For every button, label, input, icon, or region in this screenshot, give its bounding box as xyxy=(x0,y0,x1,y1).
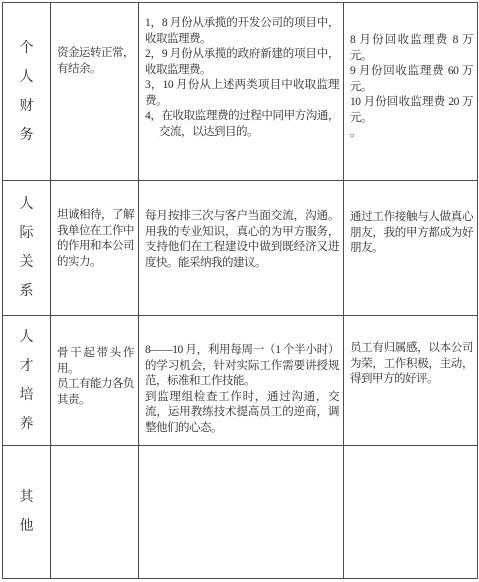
paragraph: 资金运转正常，有结余。 xyxy=(57,46,134,77)
paragraph: 坦诚相待，了解我单位在工作中的作用和本公司的实力。 xyxy=(57,208,134,270)
cell-other-goal xyxy=(344,446,478,579)
row-header-personal-finance: 个人财务 xyxy=(3,3,51,181)
cell-interpersonal-situation: 坦诚相待，了解我单位在工作中的作用和本公司的实力。 xyxy=(51,181,139,316)
paragraph: 3，10 月份从上述两类项目中收取监理费。 xyxy=(145,78,339,109)
header-char: 养 xyxy=(3,410,50,439)
paragraph: 骨干起带头作用。 xyxy=(57,346,134,377)
cell-other-situation xyxy=(51,446,139,579)
paragraph: 。 xyxy=(350,126,473,142)
header-char: 人 xyxy=(3,190,50,219)
table-row: 个人财务 资金运转正常，有结余。 1，8 月份从承揽的开发公司的项目中，收取监理… xyxy=(3,3,478,181)
cell-interpersonal-goal: 通过工作接触与人做真心朋友，我的甲方都成为好朋友。 xyxy=(344,181,478,316)
row-header-interpersonal-relations: 人际关系 xyxy=(3,181,51,316)
cell-personal-finance-goal: 8 月份回收监理费 8 万元。9 月份回收监理费 60 万元。10 月份回收监理… xyxy=(344,3,478,181)
cell-interpersonal-plan: 每月按排三次与客户当面交流，沟通。用我的专业知识，真心的为甲方服务，支持他们在工… xyxy=(139,181,344,316)
personal-review-table: 个人财务 资金运转正常，有结余。 1，8 月份从承揽的开发公司的项目中，收取监理… xyxy=(2,2,478,579)
paragraph: 4，在收取监理费的过程中同甲方沟通，交流，以达到目的。 xyxy=(145,109,339,140)
row-header-talent-development: 人才培养 xyxy=(3,316,51,446)
header-char: 人 xyxy=(3,323,50,352)
header-char: 际 xyxy=(3,219,50,248)
header-char: 关 xyxy=(3,248,50,277)
paragraph: 员工有能力各负其责。 xyxy=(57,377,134,408)
table-row: 人际关系 坦诚相待，了解我单位在工作中的作用和本公司的实力。 每月按排三次与客户… xyxy=(3,181,478,316)
header-char: 人 xyxy=(3,63,50,92)
table-row: 人才培养 骨干起带头作用。员工有能力各负其责。 8——10 月，利用每周一（1 … xyxy=(3,316,478,446)
cell-talent-plan: 8——10 月，利用每周一（1 个半小时）的学习机会，针对实际工作需要讲授规范，… xyxy=(139,316,344,446)
table-row: 其他 xyxy=(3,446,478,579)
cell-personal-finance-situation: 资金运转正常，有结余。 xyxy=(51,3,139,181)
header-char: 才 xyxy=(3,352,50,381)
header-char: 财 xyxy=(3,92,50,121)
header-char: 个 xyxy=(3,34,50,63)
row-header-other: 其他 xyxy=(3,446,51,579)
cell-other-plan xyxy=(139,446,344,579)
paragraph: 10 月份回收监理费 20 万元。 xyxy=(350,95,473,126)
paragraph: 9 月份回收监理费 60 万元。 xyxy=(350,64,473,95)
paragraph: 1，8 月份从承揽的开发公司的项目中，收取监理费。 xyxy=(145,16,339,47)
paragraph: 到监理组检查工作时，通过沟通，交流，运用教练技术提高员工的逆商，调整他们的心态。 xyxy=(145,390,339,437)
paragraph: 8 月份回收监理费 8 万元。 xyxy=(350,33,473,64)
cell-talent-situation: 骨干起带头作用。员工有能力各负其责。 xyxy=(51,316,139,446)
header-char: 务 xyxy=(3,121,50,150)
header-char: 系 xyxy=(3,277,50,306)
paragraph: 每月按排三次与客户当面交流，沟通。用我的专业知识，真心的为甲方服务，支持他们在工… xyxy=(145,209,339,271)
paragraph: 通过工作接触与人做真心朋友，我的甲方都成为好朋友。 xyxy=(350,210,473,257)
paragraph: 员工有归属感，以本公司为荣，工作积极，主动，得到甲方的好评。 xyxy=(350,341,473,388)
paragraph: 2，9 月份从承揽的政府新建的项目中，收取监理费。 xyxy=(145,47,339,78)
header-char: 他 xyxy=(3,512,50,541)
header-char: 其 xyxy=(3,483,50,512)
paragraph: 8——10 月，利用每周一（1 个半小时）的学习机会，针对实际工作需要讲授规范，… xyxy=(145,343,339,390)
cell-talent-goal: 员工有归属感，以本公司为荣，工作积极，主动，得到甲方的好评。 xyxy=(344,316,478,446)
header-char: 培 xyxy=(3,381,50,410)
cell-personal-finance-plan: 1，8 月份从承揽的开发公司的项目中，收取监理费。2，9 月份从承揽的政府新建的… xyxy=(139,3,344,181)
